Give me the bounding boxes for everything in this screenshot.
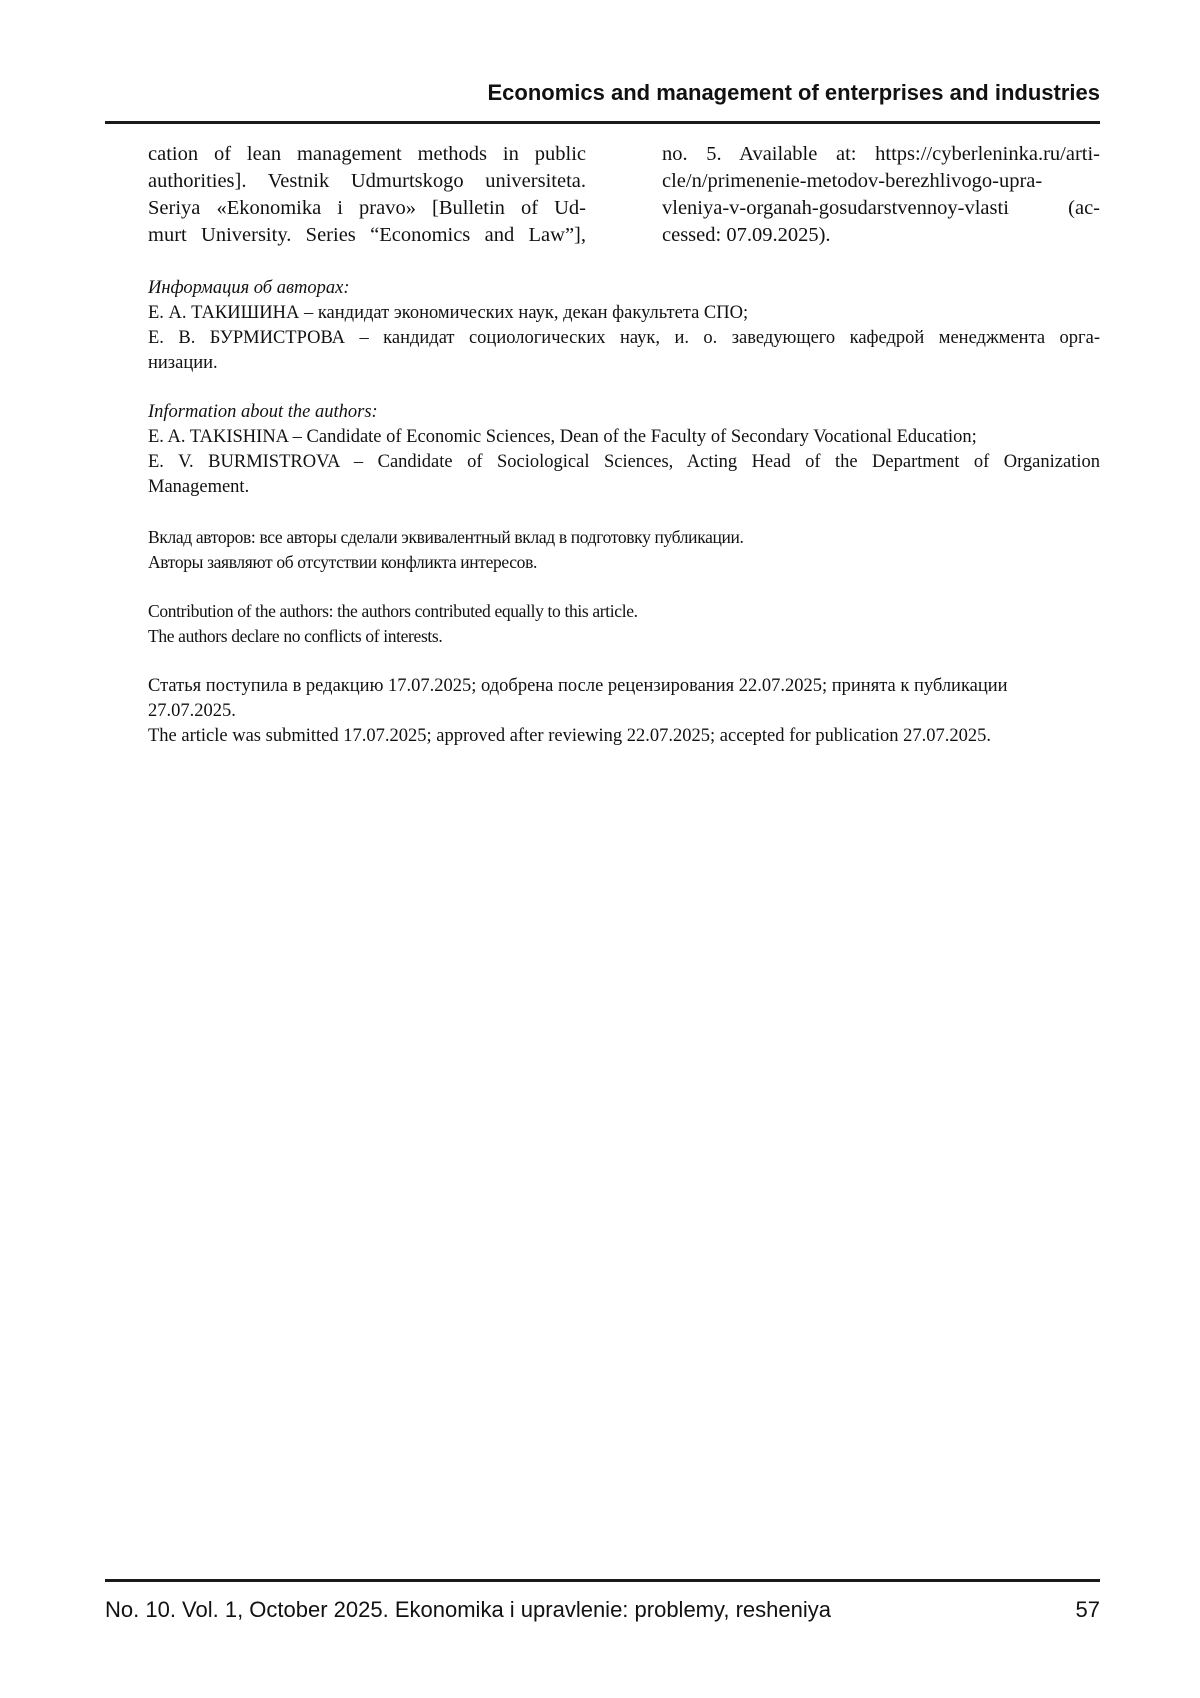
conflict-line: The authors declare no conflicts of inte… [148, 624, 1100, 649]
reference-line: vleniya-v-organah-gosudarstvennoy-vlasti… [662, 195, 1100, 222]
author-line: Management. [148, 475, 1100, 500]
contribution-en: Contribution of the authors: the authors… [148, 599, 1100, 649]
author-line: Е. В. БУРМИСТРОВА – кандидат социологиче… [148, 326, 1100, 351]
footer-rule [105, 1579, 1100, 1582]
article-dates: Статья поступила в редакцию 17.07.2025; … [148, 674, 1100, 749]
contribution-line: Вклад авторов: все авторы сделали эквива… [148, 525, 1100, 550]
reference-line: Seriya «Ekonomika i pravo» [Bulletin of … [148, 195, 586, 222]
dates-line-ru-cont: 27.07.2025. [148, 699, 1100, 724]
page-number: 57 [1076, 1597, 1100, 1623]
author-line: Е. А. ТАКИШИНА – кандидат экономических … [148, 301, 1100, 326]
running-title: Economics and management of enterprises … [105, 80, 1100, 106]
reference-line: murt University. Series “Economics and L… [148, 222, 586, 249]
author-line: E. A. TAKISHINA – Candidate of Economic … [148, 425, 1100, 450]
dates-line-en: The article was submitted 17.07.2025; ap… [148, 724, 1100, 749]
reference-line: cation of lean management methods in pub… [148, 141, 586, 168]
reference-right-column: no. 5. Available at: https://cyberlenink… [662, 141, 1100, 249]
contribution-ru: Вклад авторов: все авторы сделали эквива… [148, 525, 1100, 575]
reference-line: cessed: 07.09.2025). [662, 222, 1100, 249]
authors-info-ru: Информация об авторах: Е. А. ТАКИШИНА – … [148, 276, 1100, 376]
contribution-line: Contribution of the authors: the authors… [148, 599, 1100, 624]
page-footer: No. 10. Vol. 1, October 2025. Ekonomika … [105, 1597, 1100, 1623]
author-line: E. V. BURMISTROVA – Candidate of Sociolo… [148, 450, 1100, 475]
reference-left-column: cation of lean management methods in pub… [148, 141, 586, 249]
authors-heading-en: Information about the authors: [148, 400, 1100, 425]
author-line: низации. [148, 351, 1100, 376]
dates-line-ru: Статья поступила в редакцию 17.07.2025; … [148, 674, 1100, 699]
reference-line: cle/n/primenenie-metodov-berezhlivogo-up… [662, 168, 1100, 195]
conflict-line: Авторы заявляют об отсутствии конфликта … [148, 550, 1100, 575]
reference-line: no. 5. Available at: https://cyberlenink… [662, 141, 1100, 168]
authors-info-en: Information about the authors: E. A. TAK… [148, 400, 1100, 500]
journal-info: No. 10. Vol. 1, October 2025. Ekonomika … [105, 1597, 831, 1623]
reference-line: authorities]. Vestnik Udmurtskogo univer… [148, 168, 586, 195]
authors-heading-ru: Информация об авторах: [148, 276, 1100, 301]
header-rule [105, 121, 1100, 124]
